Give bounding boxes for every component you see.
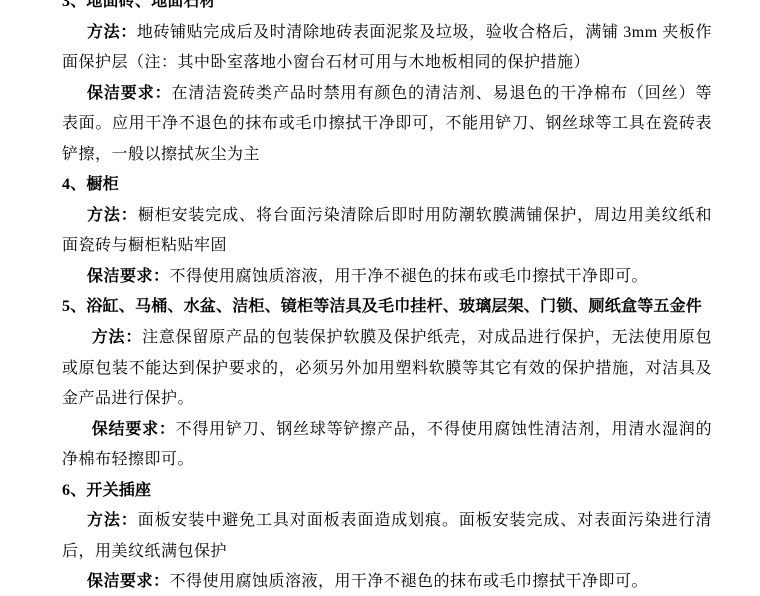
- paragraph-line: 面保护层（注：其中卧室落地小窗台石材可用与木地板相同的保护措施）: [62, 48, 712, 79]
- section-heading: 3、地面砖、地面石材: [62, 0, 712, 18]
- section-heading: 4、橱柜: [62, 170, 712, 201]
- paragraph-line: 净棉布轻擦即可。: [62, 445, 712, 476]
- paragraph-line: 保结要求：不得用铲刀、钢丝球等铲擦产品，不得使用腐蚀性清洁剂，用清水湿润的干: [62, 415, 712, 446]
- paragraph-label: 方法：: [87, 329, 142, 346]
- paragraph-text: 后，用美纹纸满包保护: [62, 543, 227, 560]
- paragraph-text: 面瓷砖与橱柜粘贴牢固: [62, 237, 227, 254]
- paragraph-text: 面板安装中避免工具对面板表面造成划痕。面板安装完成、对表面污染进行清除: [87, 512, 712, 537]
- paragraph-line: 方法：面板安装中避免工具对面板表面造成划痕。面板安装完成、对表面污染进行清除: [62, 506, 712, 537]
- paragraph-text: 橱柜安装完成、将台面污染清除后即时用防潮软膜满铺保护，周边用美纹纸和墙: [87, 207, 712, 232]
- paragraph-text: 不得用铲刀、钢丝球等铲擦产品，不得使用腐蚀性清洁剂，用清水湿润的干: [87, 421, 712, 446]
- paragraph-text: 净棉布轻擦即可。: [62, 451, 194, 468]
- paragraph-text: 注意保留原产品的包装保护软膜及保护纸壳，对成品进行保护，无法使用原包装: [87, 329, 712, 354]
- paragraph-line: 方法：地砖铺贴完成后及时清除地砖表面泥浆及垃圾，验收合格后，满铺 3mm 夹板作…: [62, 18, 712, 49]
- paragraph-text: 面保护层（注：其中卧室落地小窗台石材可用与木地板相同的保护措施）: [62, 54, 590, 71]
- paragraph-label: 保洁要求：: [87, 268, 170, 285]
- paragraph-label: 保结要求：: [87, 421, 176, 438]
- paragraph-line: 金产品进行保护。: [62, 384, 712, 415]
- paragraph-line: 保洁要求：在清洁瓷砖类产品时禁用有颜色的清洁剂、易退色的干净棉布（回丝）等擦拭: [62, 79, 712, 110]
- paragraph-text: 地砖铺贴完成后及时清除地砖表面泥浆及垃圾，验收合格后，满铺 3mm 夹板作为地: [87, 24, 712, 49]
- paragraph-text: 铲擦，一般以擦拭灰尘为主: [62, 146, 260, 163]
- paragraph-text: 不得使用腐蚀质溶液，用干净不褪色的抹布或毛巾擦拭干净即可。: [170, 268, 649, 285]
- paragraph-text: 不得使用腐蚀质溶液，用干净不褪色的抹布或毛巾擦拭干净即可。: [170, 573, 649, 590]
- paragraph-text: 表面。应用干净不退色的抹布或毛巾擦拭干净即可，不能用铲刀、钢丝球等工具在瓷砖表面: [62, 115, 712, 140]
- paragraph-line: 面瓷砖与橱柜粘贴牢固: [62, 231, 712, 262]
- paragraph-label: 保洁要求：: [87, 573, 170, 590]
- paragraph-line: 保洁要求：不得使用腐蚀质溶液，用干净不褪色的抹布或毛巾擦拭干净即可。: [62, 567, 712, 596]
- paragraph-line: 保洁要求：不得使用腐蚀质溶液，用干净不褪色的抹布或毛巾擦拭干净即可。: [62, 262, 712, 293]
- paragraph-line: 铲擦，一般以擦拭灰尘为主: [62, 140, 712, 171]
- paragraph-line: 方法：注意保留原产品的包装保护软膜及保护纸壳，对成品进行保护，无法使用原包装: [62, 323, 712, 354]
- section-heading: 6、开关插座: [62, 476, 712, 507]
- paragraph-line: 方法：橱柜安装完成、将台面污染清除后即时用防潮软膜满铺保护，周边用美纹纸和墙: [62, 201, 712, 232]
- paragraph-line: 表面。应用干净不退色的抹布或毛巾擦拭干净即可，不能用铲刀、钢丝球等工具在瓷砖表面: [62, 109, 712, 140]
- paragraph-label: 方法：: [87, 24, 137, 41]
- paragraph-text: 金产品进行保护。: [62, 390, 194, 407]
- paragraph-label: 方法：: [87, 207, 138, 224]
- paragraph-text: 在清洁瓷砖类产品时禁用有颜色的清洁剂、易退色的干净棉布（回丝）等擦拭: [87, 85, 712, 110]
- paragraph-text: 或原包装不能达到保护要求的，必须另外加用塑料软膜等其它有效的保护措施，对洁具及五: [62, 360, 712, 385]
- paragraph-label: 方法：: [87, 512, 138, 529]
- paragraph-line: 后，用美纹纸满包保护: [62, 537, 712, 568]
- paragraph-label: 保洁要求：: [87, 85, 172, 102]
- document-page: 3、地面砖、地面石材方法：地砖铺贴完成后及时清除地砖表面泥浆及垃圾，验收合格后，…: [62, 0, 712, 596]
- paragraph-line: 或原包装不能达到保护要求的，必须另外加用塑料软膜等其它有效的保护措施，对洁具及五: [62, 354, 712, 385]
- section-heading: 5、浴缸、马桶、水盆、洁柜、镜柜等洁具及毛巾挂杆、玻璃层架、门锁、厕纸盒等五金件: [62, 292, 712, 323]
